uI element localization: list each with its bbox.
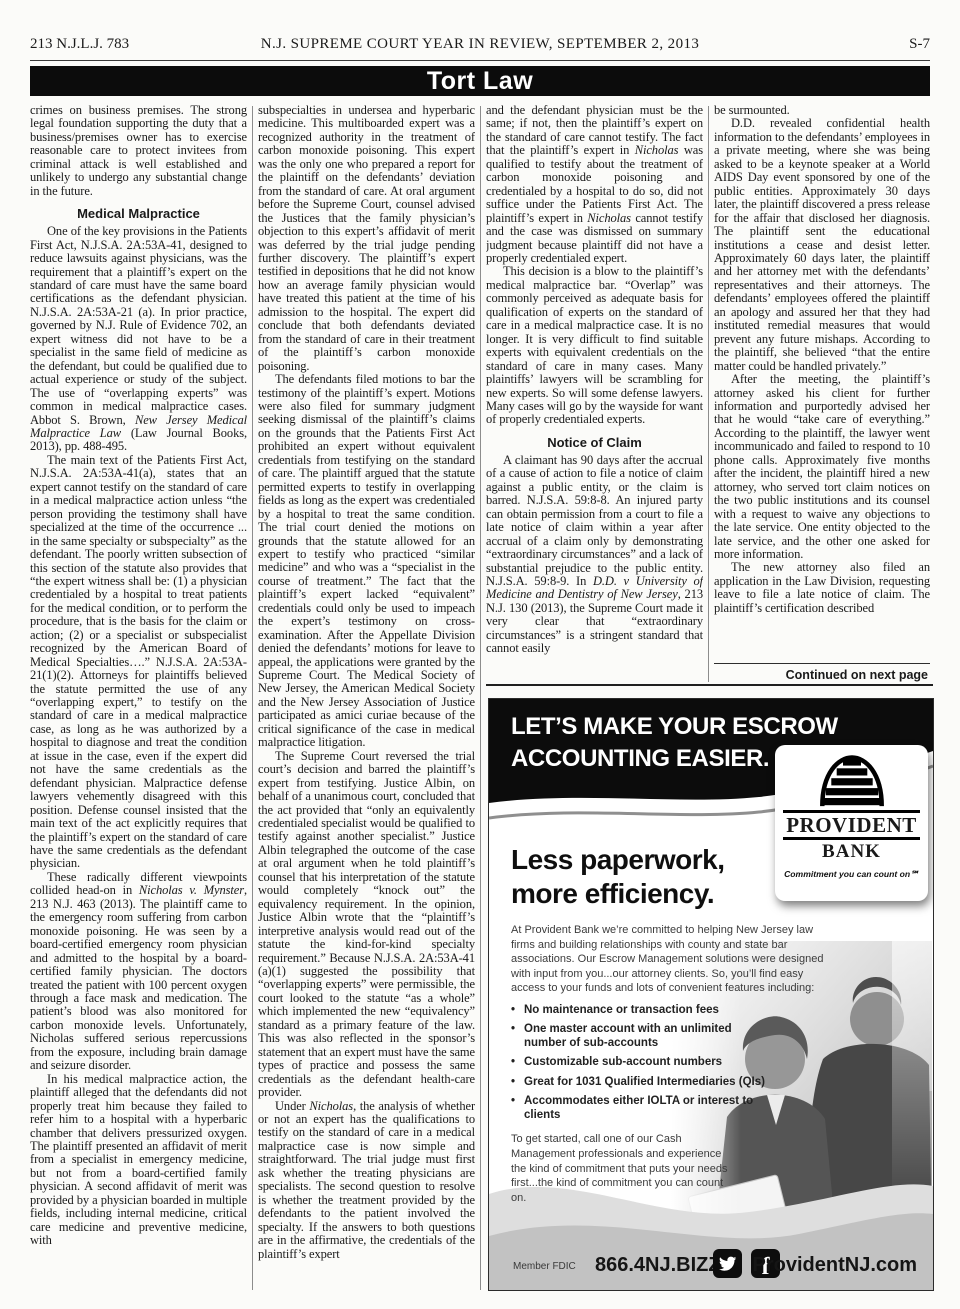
provident-bank-ad: LET’S MAKE YOUR ESCROW ACCOUNTING EASIER…	[488, 698, 934, 1291]
continued-notice: Continued on next page	[714, 663, 930, 684]
section-title: Tort Law	[427, 67, 533, 96]
ad-headline-line1: LET’S MAKE YOUR ESCROW	[511, 711, 838, 743]
column-divider	[252, 106, 253, 1290]
masthead-rule	[30, 60, 930, 61]
article-paragraph: D.D. revealed confidential health inform…	[714, 117, 930, 373]
newspaper-page: { "masthead": { "left": "213 N.J.L.J. 78…	[0, 0, 960, 1309]
ad-feature-list: •No maintenance or transaction fees•One …	[511, 1004, 773, 1123]
ad-phone-number: 866.4NJ.BIZZ	[595, 1254, 721, 1277]
ad-subhead-line1: Less paperwork,	[511, 843, 724, 877]
article-paragraph: crimes on business premises. The strong …	[30, 104, 247, 198]
ad-feature-item: •No maintenance or transaction fees	[511, 1004, 773, 1018]
ad-copy: At Provident Bank we’re committed to hel…	[511, 923, 835, 1205]
article-paragraph: be surmounted.	[714, 104, 930, 117]
provident-bank-logo: PROVIDENT BANK Commitment you can count …	[775, 745, 928, 901]
ad-intro-paragraph: At Provident Bank we’re committed to hel…	[511, 923, 835, 996]
column-divider	[708, 106, 709, 682]
article-column-1: crimes on business premises. The strong …	[30, 104, 247, 1292]
article-paragraph: One of the key provisions in the Patient…	[30, 225, 247, 454]
section-heading: Notice of Claim	[486, 435, 703, 450]
logo-tagline: Commitment you can count on℠	[784, 869, 919, 880]
article-paragraph: After the meeting, the plaintiff’s attor…	[714, 373, 930, 561]
ad-feature-item: •One master account with an unlimited nu…	[511, 1023, 773, 1050]
section-heading: Medical Malpractice	[30, 206, 247, 221]
ad-separator-rule	[486, 684, 933, 686]
article-paragraph: Under Nicholas, the analysis of whether …	[258, 1100, 475, 1261]
column-divider	[480, 106, 481, 1290]
article-paragraph: The defendants filed motions to bar the …	[258, 373, 475, 750]
article-paragraph: This decision is a blow to the plaintiff…	[486, 265, 703, 426]
article-paragraph: In his medical malpractice action, the p…	[30, 1073, 247, 1248]
ad-subhead: Less paperwork, more efficiency.	[511, 843, 724, 911]
ad-outro-paragraph: To get started, call one of our Cash Man…	[511, 1132, 739, 1205]
twitter-icon	[713, 1249, 742, 1278]
masthead: 213 N.J.L.J. 783 N.J. SUPREME COURT YEAR…	[30, 36, 930, 58]
article-paragraph: A claimant has 90 days after the accrual…	[486, 454, 703, 656]
member-fdic-label: Member FDIC	[513, 1261, 576, 1272]
edition-title: N.J. SUPREME COURT YEAR IN REVIEW, SEPTE…	[30, 36, 930, 53]
ad-feature-item: •Great for 1031 Qualified Intermediaries…	[511, 1076, 773, 1090]
ad-subhead-line2: more efficiency.	[511, 877, 724, 911]
bank-dome-icon	[816, 753, 888, 807]
page-number: S-7	[909, 36, 930, 53]
logo-wordmark-bank: BANK	[822, 841, 881, 862]
ad-feature-item: •Accommodates either IOLTA or interest t…	[511, 1095, 773, 1122]
article-paragraph: The new attorney also filed an applicati…	[714, 561, 930, 615]
logo-wordmark: PROVIDENT	[783, 810, 920, 840]
article-paragraph: These radically different viewpoints col…	[30, 871, 247, 1073]
ad-website: ProvidentNJ.com	[753, 1254, 917, 1277]
section-banner: Tort Law	[30, 66, 930, 96]
ad-footer: Member FDIC 866.4NJ.BIZZ f ProvidentNJ.c…	[489, 1234, 933, 1290]
ad-feature-item: •Customizable sub-account numbers	[511, 1056, 773, 1070]
article-column-4: Continued on next page be surmounted.D.D…	[714, 104, 930, 684]
article-column-2: subspecialties in undersea and hyperbari…	[258, 104, 475, 1292]
article-paragraph: and the defendant physician must be the …	[486, 104, 703, 265]
article-paragraph: subspecialties in undersea and hyperbari…	[258, 104, 475, 373]
article-paragraph: The main text of the Patients First Act,…	[30, 454, 247, 871]
article-column-3: and the defendant physician must be the …	[486, 104, 703, 684]
article-paragraph: The Supreme Court reversed the trial cou…	[258, 750, 475, 1100]
